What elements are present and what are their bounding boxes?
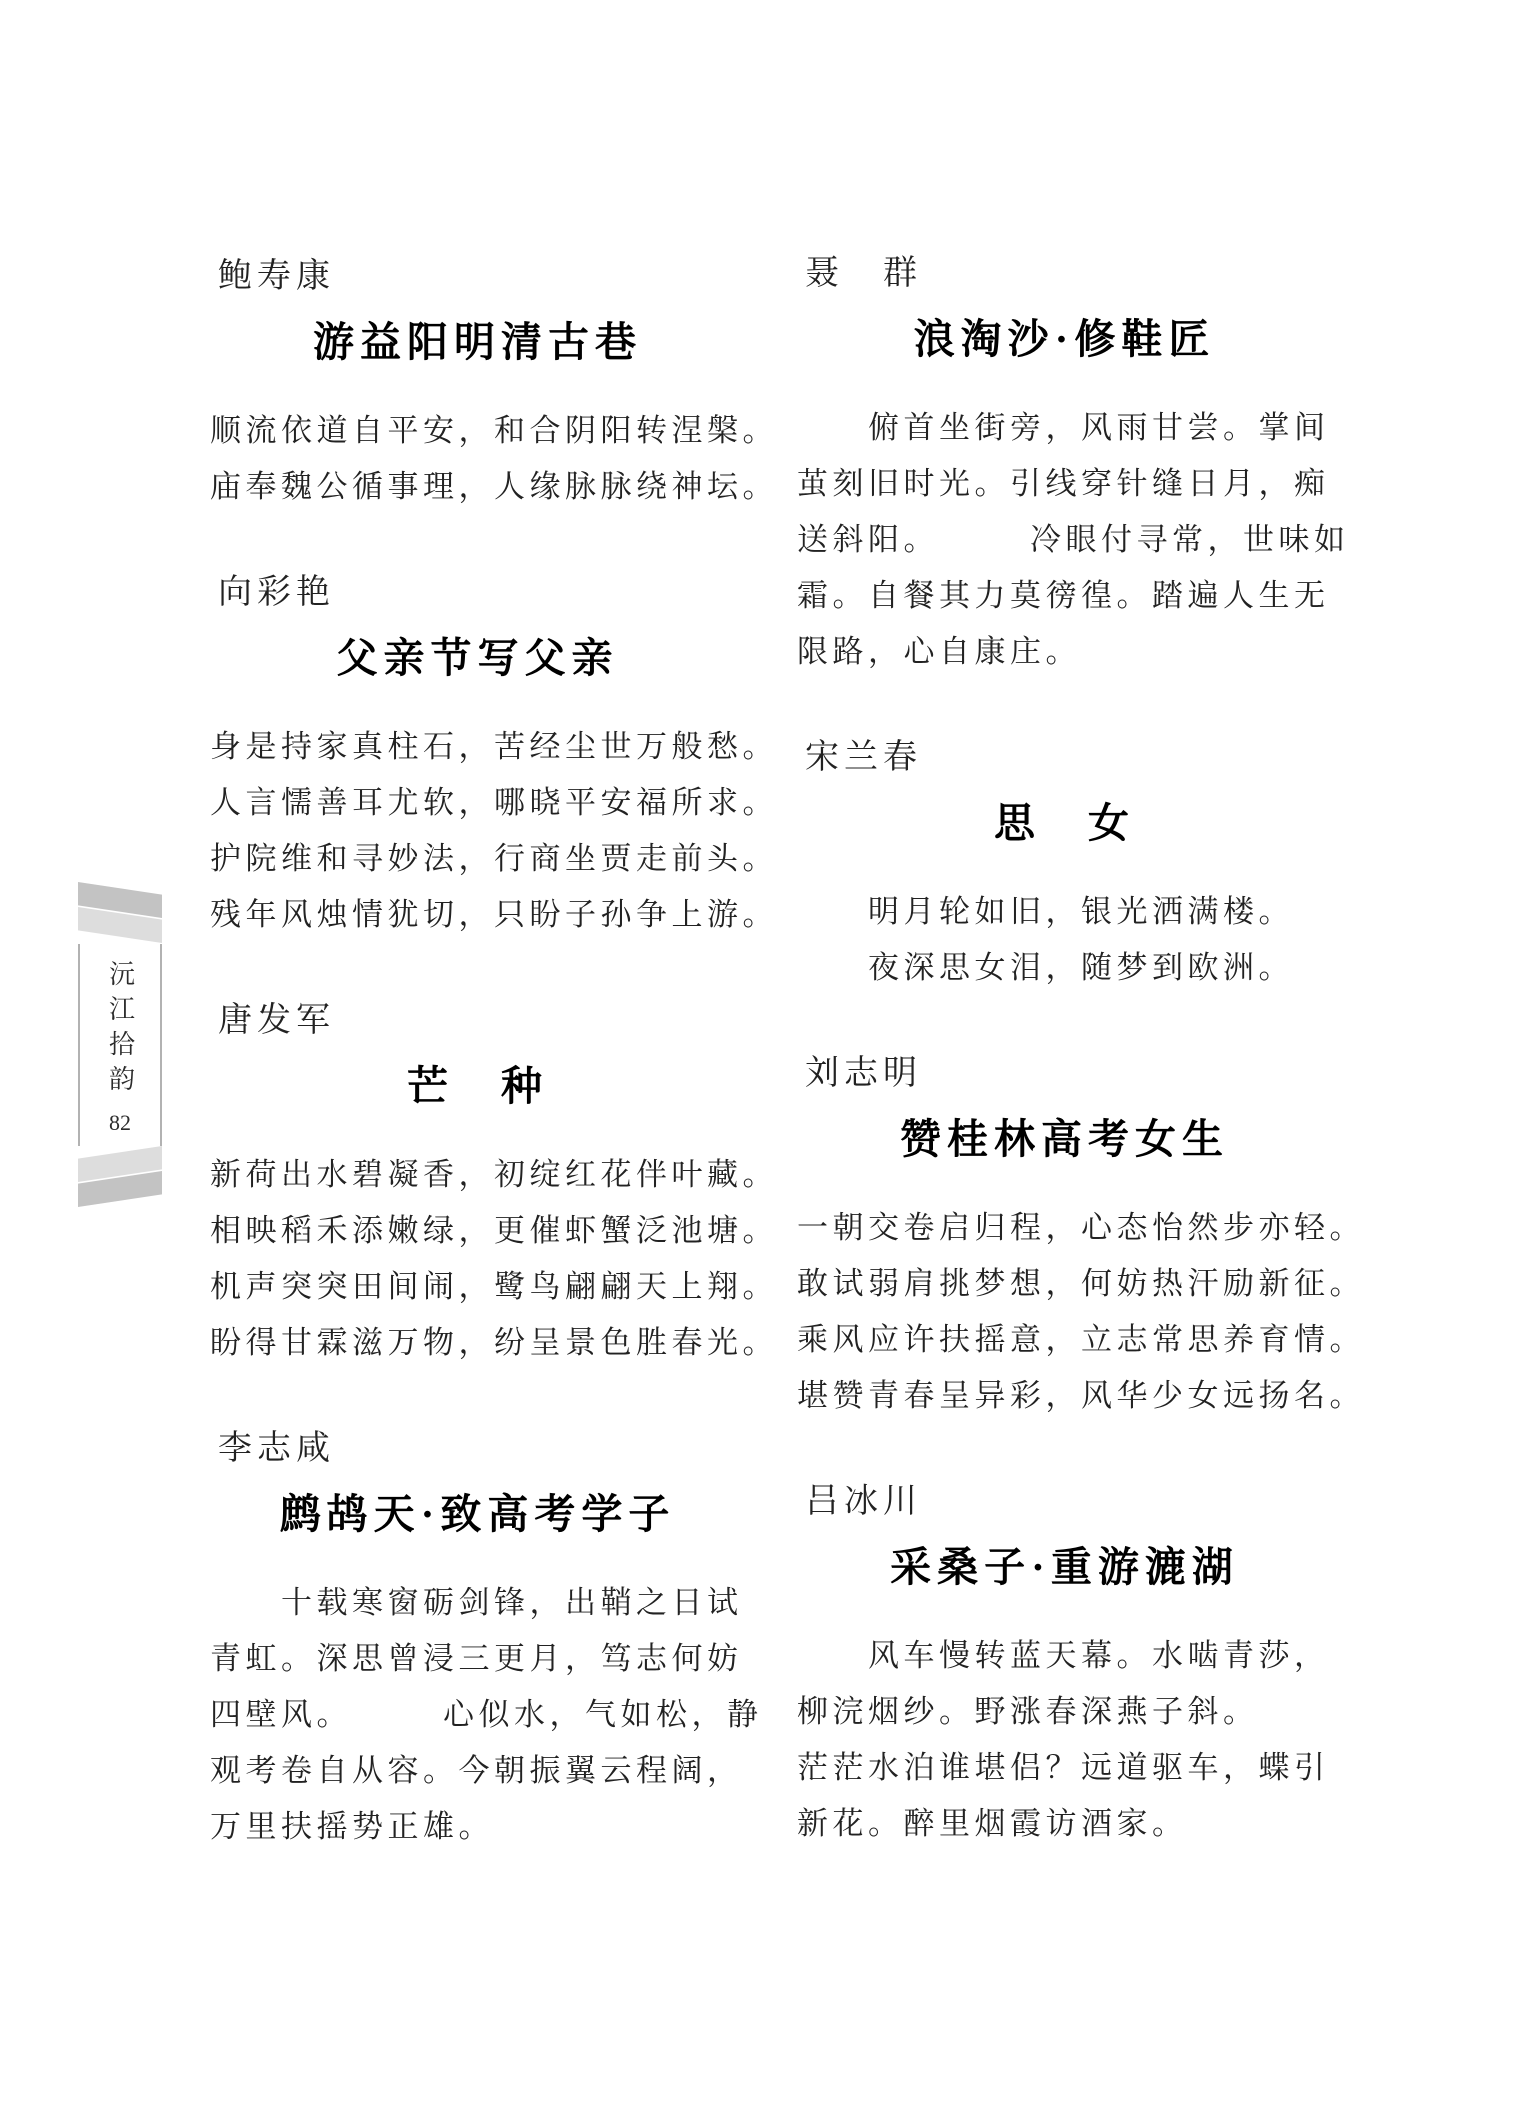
poem-line: 身是持家真柱石，苦经尘世万般愁。 xyxy=(210,719,745,775)
poem-title: 思 女 xyxy=(797,798,1332,848)
poem-body: 身是持家真柱石，苦经尘世万般愁。人言懦善耳尤软，哪晓平安福所求。护院维和寻妙法，… xyxy=(210,719,745,943)
poem-body: 风车慢转蓝天幕。水啮青莎，柳浣烟纱。野涨春深燕子斜。茫茫水泊谁堪侣？远道驱车，蝶… xyxy=(797,1628,1332,1852)
poem-section: 鲍寿康 游益阳明清古巷 顺流依道自平安，和合阴阳转涅槃。庙奉魏公循事理，人缘脉脉… xyxy=(210,255,745,515)
poem-line: 柳浣烟纱。野涨春深燕子斜。 xyxy=(797,1684,1332,1740)
poem-author: 向彩艳 xyxy=(218,571,745,615)
poem-line: 残年风烛情犹切，只盼子孙争上游。 xyxy=(210,887,745,943)
poem-line: 送斜阳。 冷眼付寻常，世味如 xyxy=(797,512,1332,568)
poem-author: 刘志明 xyxy=(805,1052,1332,1096)
poem-line: 茧刻旧时光。引线穿针缝日月，痴 xyxy=(797,456,1332,512)
poem-author: 聂 群 xyxy=(805,252,1332,296)
poem-line: 堪赞青春呈异彩，风华少女远扬名。 xyxy=(797,1368,1332,1424)
poem-section: 吕冰川 采桑子·重游漉湖 风车慢转蓝天幕。水啮青莎，柳浣烟纱。野涨春深燕子斜。茫… xyxy=(797,1480,1332,1852)
poem-body: 俯首坐街旁，风雨甘尝。掌间茧刻旧时光。引线穿针缝日月，痴送斜阳。 冷眼付寻常，世… xyxy=(797,400,1332,680)
poem-body: 顺流依道自平安，和合阴阳转涅槃。庙奉魏公循事理，人缘脉脉绕神坛。 xyxy=(210,403,745,515)
poem-line: 限路，心自康庄。 xyxy=(797,624,1332,680)
poem-section: 唐发军 芒 种 新荷出水碧凝香，初绽红花伴叶藏。相映稻禾添嫩绿，更催虾蟹泛池塘。… xyxy=(210,999,745,1371)
poem-title: 赞桂林高考女生 xyxy=(797,1114,1332,1164)
poem-title: 芒 种 xyxy=(210,1061,745,1111)
margin-bookmark: 沅江拾韵 82 xyxy=(78,882,162,1208)
poem-body: 明月轮如旧，银光洒满楼。 夜深思女泪，随梦到欧洲。 xyxy=(797,884,1332,996)
poem-line: 新花。醉里烟霞访酒家。 xyxy=(797,1796,1332,1852)
poem-line: 万里扶摇势正雄。 xyxy=(210,1799,745,1855)
poem-section: 李志咸 鹧鸪天·致高考学子 十载寒窗砺剑锋，出鞘之日试青虹。深思曾浸三更月，笃志… xyxy=(210,1427,745,1855)
poem-line: 护院维和寻妙法，行商坐贾走前头。 xyxy=(210,831,745,887)
poem-title: 浪淘沙·修鞋匠 xyxy=(797,314,1332,364)
poem-line: 茫茫水泊谁堪侣？远道驱车，蝶引 xyxy=(797,1740,1332,1796)
poem-line: 青虹。深思曾浸三更月，笃志何妨 xyxy=(210,1631,745,1687)
poem-line: 乘风应许扶摇意，立志常思养育情。 xyxy=(797,1312,1332,1368)
right-column: 聂 群 浪淘沙·修鞋匠 俯首坐街旁，风雨甘尝。掌间茧刻旧时光。引线穿针缝日月，痴… xyxy=(797,252,1332,1852)
bookmark-ribbon-bottom-decoration xyxy=(78,1146,162,1208)
poem-section: 向彩艳 父亲节写父亲 身是持家真柱石，苦经尘世万般愁。人言懦善耳尤软，哪晓平安福… xyxy=(210,571,745,943)
poem-line: 顺流依道自平安，和合阴阳转涅槃。 xyxy=(210,403,745,459)
poem-title: 鹧鸪天·致高考学子 xyxy=(210,1489,745,1539)
bookmark-body: 沅江拾韵 82 xyxy=(78,944,162,1146)
bookmark-vertical-title: 沅江拾韵 xyxy=(102,960,139,1100)
poem-line: 机声突突田间闹，鹭鸟翩翩天上翔。 xyxy=(210,1259,745,1315)
poem-author: 鲍寿康 xyxy=(218,255,745,299)
poem-line: 明月轮如旧，银光洒满楼。 xyxy=(797,884,1332,940)
poem-line: 新荷出水碧凝香，初绽红花伴叶藏。 xyxy=(210,1147,745,1203)
poem-body: 新荷出水碧凝香，初绽红花伴叶藏。相映稻禾添嫩绿，更催虾蟹泛池塘。机声突突田间闹，… xyxy=(210,1147,745,1371)
poem-title: 采桑子·重游漉湖 xyxy=(797,1542,1332,1592)
poem-line: 相映稻禾添嫩绿，更催虾蟹泛池塘。 xyxy=(210,1203,745,1259)
poem-body: 一朝交卷启归程，心态怡然步亦轻。敢试弱肩挑梦想，何妨热汗励新征。乘风应许扶摇意，… xyxy=(797,1200,1332,1424)
poem-section: 宋兰春 思 女 明月轮如旧，银光洒满楼。 夜深思女泪，随梦到欧洲。 xyxy=(797,736,1332,996)
poem-line: 庙奉魏公循事理，人缘脉脉绕神坛。 xyxy=(210,459,745,515)
poem-author: 吕冰川 xyxy=(805,1480,1332,1524)
poem-line: 风车慢转蓝天幕。水啮青莎， xyxy=(797,1628,1332,1684)
poem-line: 四壁风。 心似水，气如松，静 xyxy=(210,1687,745,1743)
poem-line: 观考卷自从容。今朝振翼云程阔， xyxy=(210,1743,745,1799)
poem-line: 夜深思女泪，随梦到欧洲。 xyxy=(797,940,1332,996)
poem-author: 宋兰春 xyxy=(805,736,1332,780)
poem-author: 唐发军 xyxy=(218,999,745,1043)
poem-title: 游益阳明清古巷 xyxy=(210,317,745,367)
poem-title: 父亲节写父亲 xyxy=(210,633,745,683)
book-page: 沅江拾韵 82 鲍寿康 游益阳明清古巷 顺流依道自平安，和合阴阳转涅槃。庙奉魏公… xyxy=(0,0,1525,2115)
poem-author: 李志咸 xyxy=(218,1427,745,1471)
bookmark-ribbon-top-decoration xyxy=(78,882,162,944)
poem-line: 霜。自餐其力莫徬徨。踏遍人生无 xyxy=(797,568,1332,624)
poem-body: 十载寒窗砺剑锋，出鞘之日试青虹。深思曾浸三更月，笃志何妨四壁风。 心似水，气如松… xyxy=(210,1575,745,1855)
poem-section: 聂 群 浪淘沙·修鞋匠 俯首坐街旁，风雨甘尝。掌间茧刻旧时光。引线穿针缝日月，痴… xyxy=(797,252,1332,680)
poem-line: 十载寒窗砺剑锋，出鞘之日试 xyxy=(210,1575,745,1631)
poem-line: 盼得甘霖滋万物，纷呈景色胜春光。 xyxy=(210,1315,745,1371)
page-number: 82 xyxy=(109,1110,131,1136)
poem-line: 敢试弱肩挑梦想，何妨热汗励新征。 xyxy=(797,1256,1332,1312)
poem-line: 人言懦善耳尤软，哪晓平安福所求。 xyxy=(210,775,745,831)
poem-line: 一朝交卷启归程，心态怡然步亦轻。 xyxy=(797,1200,1332,1256)
left-column: 鲍寿康 游益阳明清古巷 顺流依道自平安，和合阴阳转涅槃。庙奉魏公循事理，人缘脉脉… xyxy=(210,255,745,1855)
poem-section: 刘志明 赞桂林高考女生 一朝交卷启归程，心态怡然步亦轻。敢试弱肩挑梦想，何妨热汗… xyxy=(797,1052,1332,1424)
poem-line: 俯首坐街旁，风雨甘尝。掌间 xyxy=(797,400,1332,456)
